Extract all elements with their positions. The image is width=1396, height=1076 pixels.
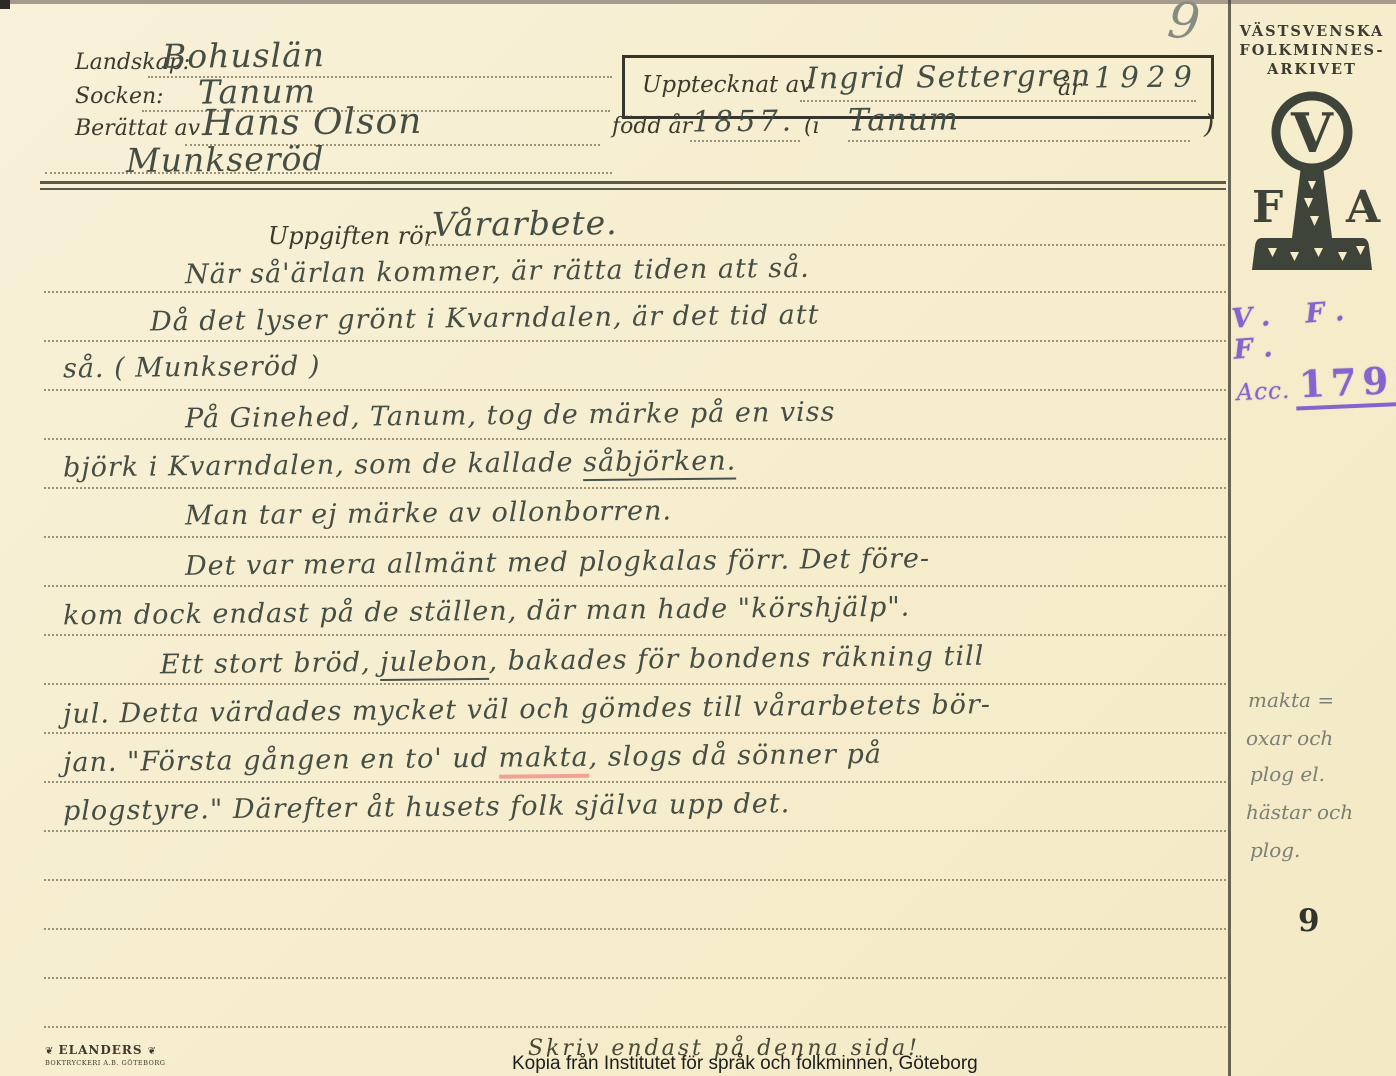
stamp-acc-label: Acc. [1236, 378, 1291, 406]
body-text: Man tar ej märke av ollonborren. [185, 495, 672, 531]
body-text: Ett stort bröd, [160, 647, 381, 680]
uppgiften-ror-label: Uppgiften rör [268, 222, 435, 250]
ruled-dotted-line [44, 781, 1226, 783]
stamp-acc-number: 1793 [1294, 357, 1396, 411]
paren-open: (i [804, 114, 820, 139]
handwritten-page-number: 9 [1165, 0, 1203, 52]
topic-dotted-line [425, 244, 1225, 246]
underlined-word: julebon [380, 646, 489, 681]
scan-corner-mark [0, 0, 10, 9]
body-line: kom dock endast på de ställen, där man h… [63, 592, 911, 632]
body-line: Man tar ej märke av ollonborren. [185, 495, 672, 531]
archive-card-scan: 9 Landskap: Bohuslän Socken: Tanum Berät… [0, 0, 1396, 1076]
header-rule-top [40, 181, 1226, 184]
body-line: björk i Kvarndalen, som de kallade såbjö… [63, 445, 737, 483]
body-text: Det var mera allmänt med plogkalas förr.… [185, 543, 930, 582]
ruled-dotted-line [44, 977, 1226, 979]
margin-divider-line [1228, 0, 1231, 1076]
ruled-dotted-line [44, 438, 1226, 440]
printer-ornament-icon: ❦ [45, 1046, 53, 1057]
stamp-accession: Acc. 1793 [1235, 357, 1396, 409]
socken-label: Socken: [75, 84, 164, 109]
fodd-ar-label: född år [612, 114, 692, 139]
body-text: Då det lyser grönt i Kvarndalen, är det … [150, 299, 820, 337]
body-line: jan. "Första gången en to' ud makta, slo… [63, 739, 882, 779]
upptecknat-label: Upptecknat av [642, 72, 812, 98]
ruled-dotted-line [44, 536, 1226, 538]
printer-subtitle: BOKTRYCKERI A.B. GÖTEBORG [45, 1059, 165, 1068]
underlined-word: såbjörken. [583, 445, 736, 481]
birthplace-value: Tanum [848, 101, 959, 138]
accession-stamp: V. F. F. Acc. 1793 [1230, 290, 1396, 411]
body-text: så. ( Munkseröd ) [63, 351, 321, 385]
fodd-dotted-line [690, 140, 800, 142]
body-text: björk i Kvarndalen, som de kallade [63, 447, 583, 483]
ruled-dotted-line [44, 585, 1226, 587]
ruled-dotted-line [44, 634, 1226, 636]
archive-name-line: VÄSTSVENSKA [1232, 22, 1392, 41]
body-text: plogstyre." Därefter åt husets folk själ… [63, 788, 791, 827]
margin-note-line: plog el. [1250, 762, 1325, 786]
printer-imprint: ❦ ELANDERS ❦ BOKTRYCKERI A.B. GÖTEBORG [45, 1044, 165, 1068]
header-rule-bottom [40, 188, 1226, 190]
red-underlined-word: makta [498, 742, 588, 779]
vfa-thors-hammer-logo: V F A [1238, 86, 1386, 300]
berattat-value: Hans Olson [202, 101, 423, 144]
berattat-av-label: Berättat av [75, 116, 200, 141]
body-text: , bakades för bondens räkning till [488, 641, 984, 677]
ruled-dotted-line [44, 732, 1226, 734]
body-text: , slogs då sönner på [588, 739, 882, 773]
archive-name: VÄSTSVENSKA FOLKMINNES- ARKIVET [1232, 22, 1392, 79]
stamped-page-number: 9 [1298, 903, 1320, 939]
svg-text:V: V [1290, 101, 1334, 165]
body-line: plogstyre." Därefter åt husets folk själ… [63, 788, 791, 827]
body-line: På Ginehed, Tanum, tog de märke på en vi… [185, 397, 836, 435]
upptecknat-value: Ingrid Settergren [806, 59, 1092, 97]
body-line: Det var mera allmänt med plogkalas förr.… [185, 543, 930, 582]
margin-note-line: makta = [1248, 688, 1334, 712]
paren-close: ) [1204, 110, 1214, 140]
digitization-copy-notice: Kopia från Institutet för språk och folk… [512, 1053, 978, 1075]
ar-label: år [1058, 76, 1082, 101]
ruled-dotted-line [44, 389, 1226, 391]
archive-name-line: ARKIVET [1232, 60, 1392, 79]
fodd-value: 1857. [692, 103, 795, 138]
body-line: jul. Detta värdades mycket väl och gömde… [63, 689, 991, 730]
body-text: jul. Detta värdades mycket väl och gömde… [63, 689, 991, 730]
birthplace-dotted-line [848, 140, 1190, 142]
svg-text:F: F [1252, 182, 1283, 233]
body-text: På Ginehed, Tanum, tog de märke på en vi… [185, 397, 836, 435]
body-line: Då det lyser grönt i Kvarndalen, är det … [150, 299, 820, 337]
margin-note-line: hästar och [1246, 800, 1353, 824]
body-text: kom dock endast på de ställen, där man h… [63, 592, 911, 632]
margin-note-line: plog. [1250, 838, 1300, 862]
ruled-dotted-line [44, 1026, 1226, 1028]
ruled-dotted-line [44, 830, 1226, 832]
svg-text:A: A [1345, 182, 1381, 233]
body-line: När så'ärlan kommer, är rätta tiden att … [185, 253, 810, 291]
ruled-dotted-line [44, 340, 1226, 342]
thors-hammer-icon: V F A [1238, 86, 1386, 296]
body-text: jan. "Första gången en to' ud [63, 743, 499, 779]
ar-value: 1929 [1094, 59, 1200, 94]
body-line: så. ( Munkseröd ) [63, 351, 321, 385]
archive-name-line: FOLKMINNES- [1232, 41, 1392, 60]
ruled-dotted-line [44, 879, 1226, 881]
ruled-dotted-line [44, 683, 1226, 685]
ruled-dotted-line [44, 291, 1226, 293]
ruled-dotted-line [44, 487, 1226, 489]
address-value: Munkseröd [126, 139, 325, 180]
body-line: Ett stort bröd, julebon, bakades för bon… [160, 641, 985, 681]
margin-note-line: oxar och [1246, 726, 1333, 750]
stamp-initials: V. F. F. [1230, 290, 1396, 365]
landskap-value: Bohuslän [162, 35, 325, 76]
printer-name: ELANDERS [58, 1043, 142, 1057]
body-text: När så'ärlan kommer, är rätta tiden att … [185, 253, 810, 291]
topic-value: Vårarbete. [432, 203, 618, 244]
printer-ornament-icon: ❦ [148, 1046, 156, 1057]
ruled-dotted-line [44, 928, 1226, 930]
